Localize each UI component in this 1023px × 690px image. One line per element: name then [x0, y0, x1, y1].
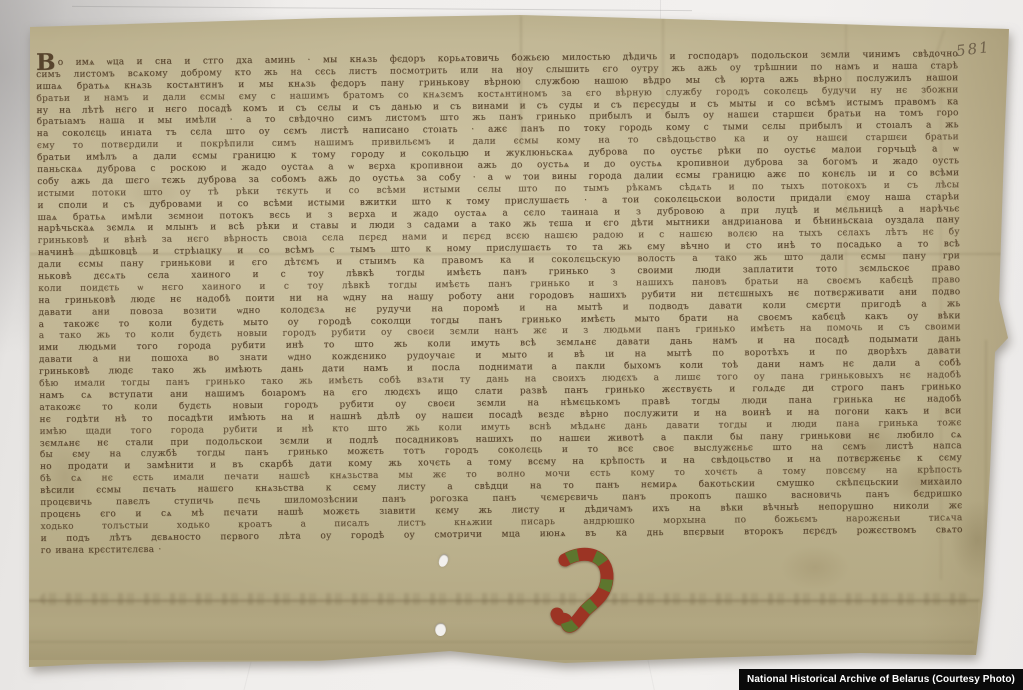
- parchment-document: Во имѧ ѡца и сна и стго дха аминь · мы к…: [0, 0, 1023, 690]
- fold-band: [28, 600, 978, 660]
- ink-bleed-band: [40, 593, 970, 605]
- archive-number: 581: [955, 38, 992, 60]
- archive-photo: Во имѧ ѡца и сна и стго дха аминь · мы к…: [0, 0, 1023, 690]
- photo-credit: National Historical Archive of Belarus (…: [739, 669, 1023, 690]
- parchment-hole: [438, 553, 450, 568]
- crease: [985, 340, 987, 630]
- parchment-shadow: Во имѧ ѡца и сна и стго дха аминь · мы к…: [0, 0, 1023, 690]
- seal-ribbon: [540, 545, 630, 645]
- stain: [780, 545, 850, 590]
- manuscript-text: Во имѧ ѡца и сна и стго дха аминь · мы к…: [36, 49, 963, 557]
